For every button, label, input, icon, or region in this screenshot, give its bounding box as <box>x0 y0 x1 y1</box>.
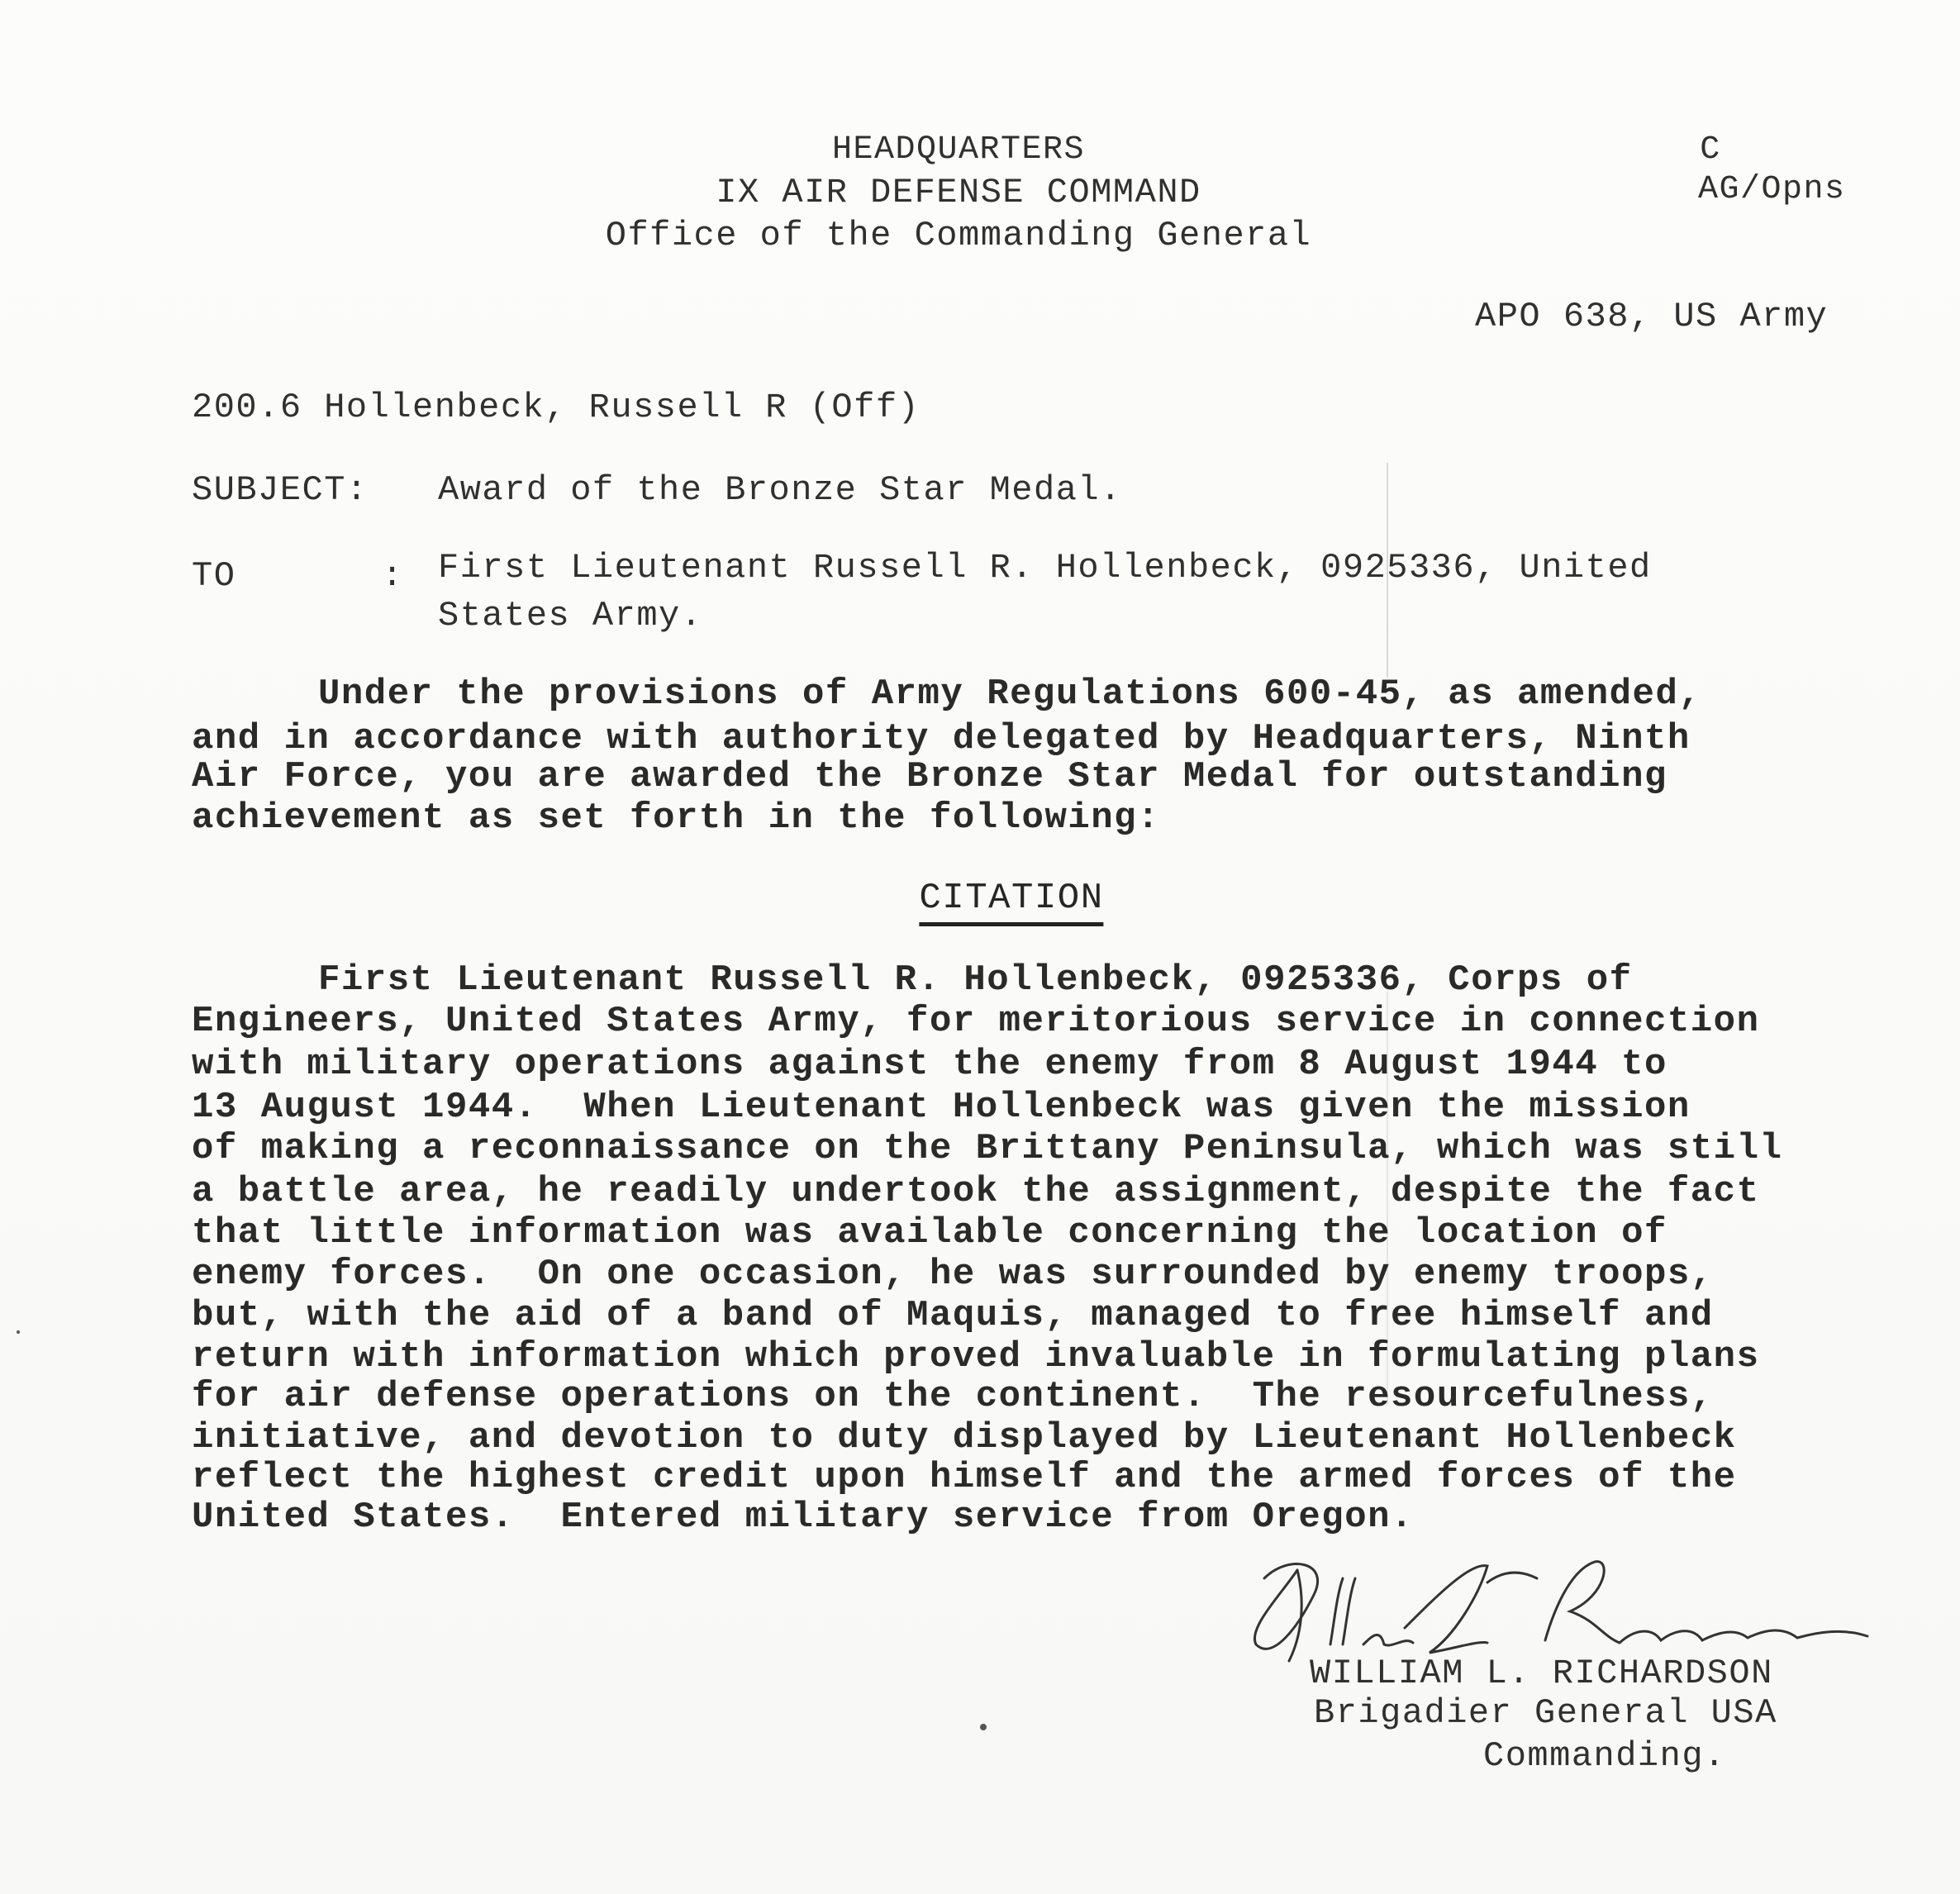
signer-role: Commanding. <box>1483 1739 1726 1773</box>
to-line-2: States Army. <box>438 598 702 633</box>
citation-line: with military operations against the ene… <box>192 1046 1667 1083</box>
speck <box>17 1330 20 1334</box>
citation-line: enemy forces. On one occasion, he was su… <box>192 1256 1714 1292</box>
signer-name: WILLIAM L. RICHARDSON <box>1310 1656 1773 1691</box>
citation-line: but, with the aid of a band of Maquis, m… <box>192 1297 1714 1334</box>
subject-text: Award of the Bronze Star Medal. <box>438 473 1122 507</box>
routing-office: AG/Opns <box>1698 174 1846 207</box>
citation-line: Engineers, United States Army, for merit… <box>192 1003 1760 1040</box>
citation-line: return with information which proved inv… <box>192 1339 1760 1375</box>
citation-title: CITATION <box>919 878 1103 926</box>
intro-line: Under the provisions of Army Regulations… <box>318 676 1701 712</box>
citation-line: 13 August 1944. When Lieutenant Hollenbe… <box>192 1089 1691 1125</box>
signer-rank: Brigadier General USA <box>1314 1696 1777 1730</box>
citation-line: a battle area, he readily undertook the … <box>192 1173 1760 1210</box>
citation-line: reflect the highest credit upon himself … <box>192 1459 1737 1496</box>
letterhead-line-3: Office of the Commanding General <box>606 218 1312 253</box>
citation-line: for air defense operations on the contin… <box>192 1378 1714 1415</box>
intro-line: achievement as set forth in the followin… <box>192 800 1160 836</box>
subject-label: SUBJECT: <box>192 473 369 507</box>
location: APO 638, US Army <box>1475 299 1828 334</box>
citation-line: of making a reconnaissance on the Britta… <box>192 1130 1782 1167</box>
citation-line: that little information was available co… <box>192 1215 1667 1251</box>
to-label: TO <box>192 559 235 593</box>
to-colon: : <box>382 559 404 593</box>
letterhead-line-2: IX AIR DEFENSE COMMAND <box>716 175 1201 210</box>
routing-code: C <box>1700 134 1721 167</box>
intro-line: and in accordance with authority delegat… <box>192 721 1691 757</box>
citation-line: First Lieutenant Russell R. Hollenbeck, … <box>318 962 1633 998</box>
citation-line: United States. Entered military service … <box>192 1499 1414 1535</box>
intro-line: Air Force, you are awarded the Bronze St… <box>192 759 1667 795</box>
document-page: HEADQUARTERS IX AIR DEFENSE COMMAND Offi… <box>0 0 1960 1894</box>
file-reference: 200.6 Hollenbeck, Russell R (Off) <box>192 390 920 425</box>
to-line-1: First Lieutenant Russell R. Hollenbeck, … <box>438 550 1652 585</box>
letterhead-line-1: HEADQUARTERS <box>832 134 1085 167</box>
speck <box>980 1724 987 1730</box>
citation-line: initiative, and devotion to duty display… <box>192 1420 1737 1456</box>
